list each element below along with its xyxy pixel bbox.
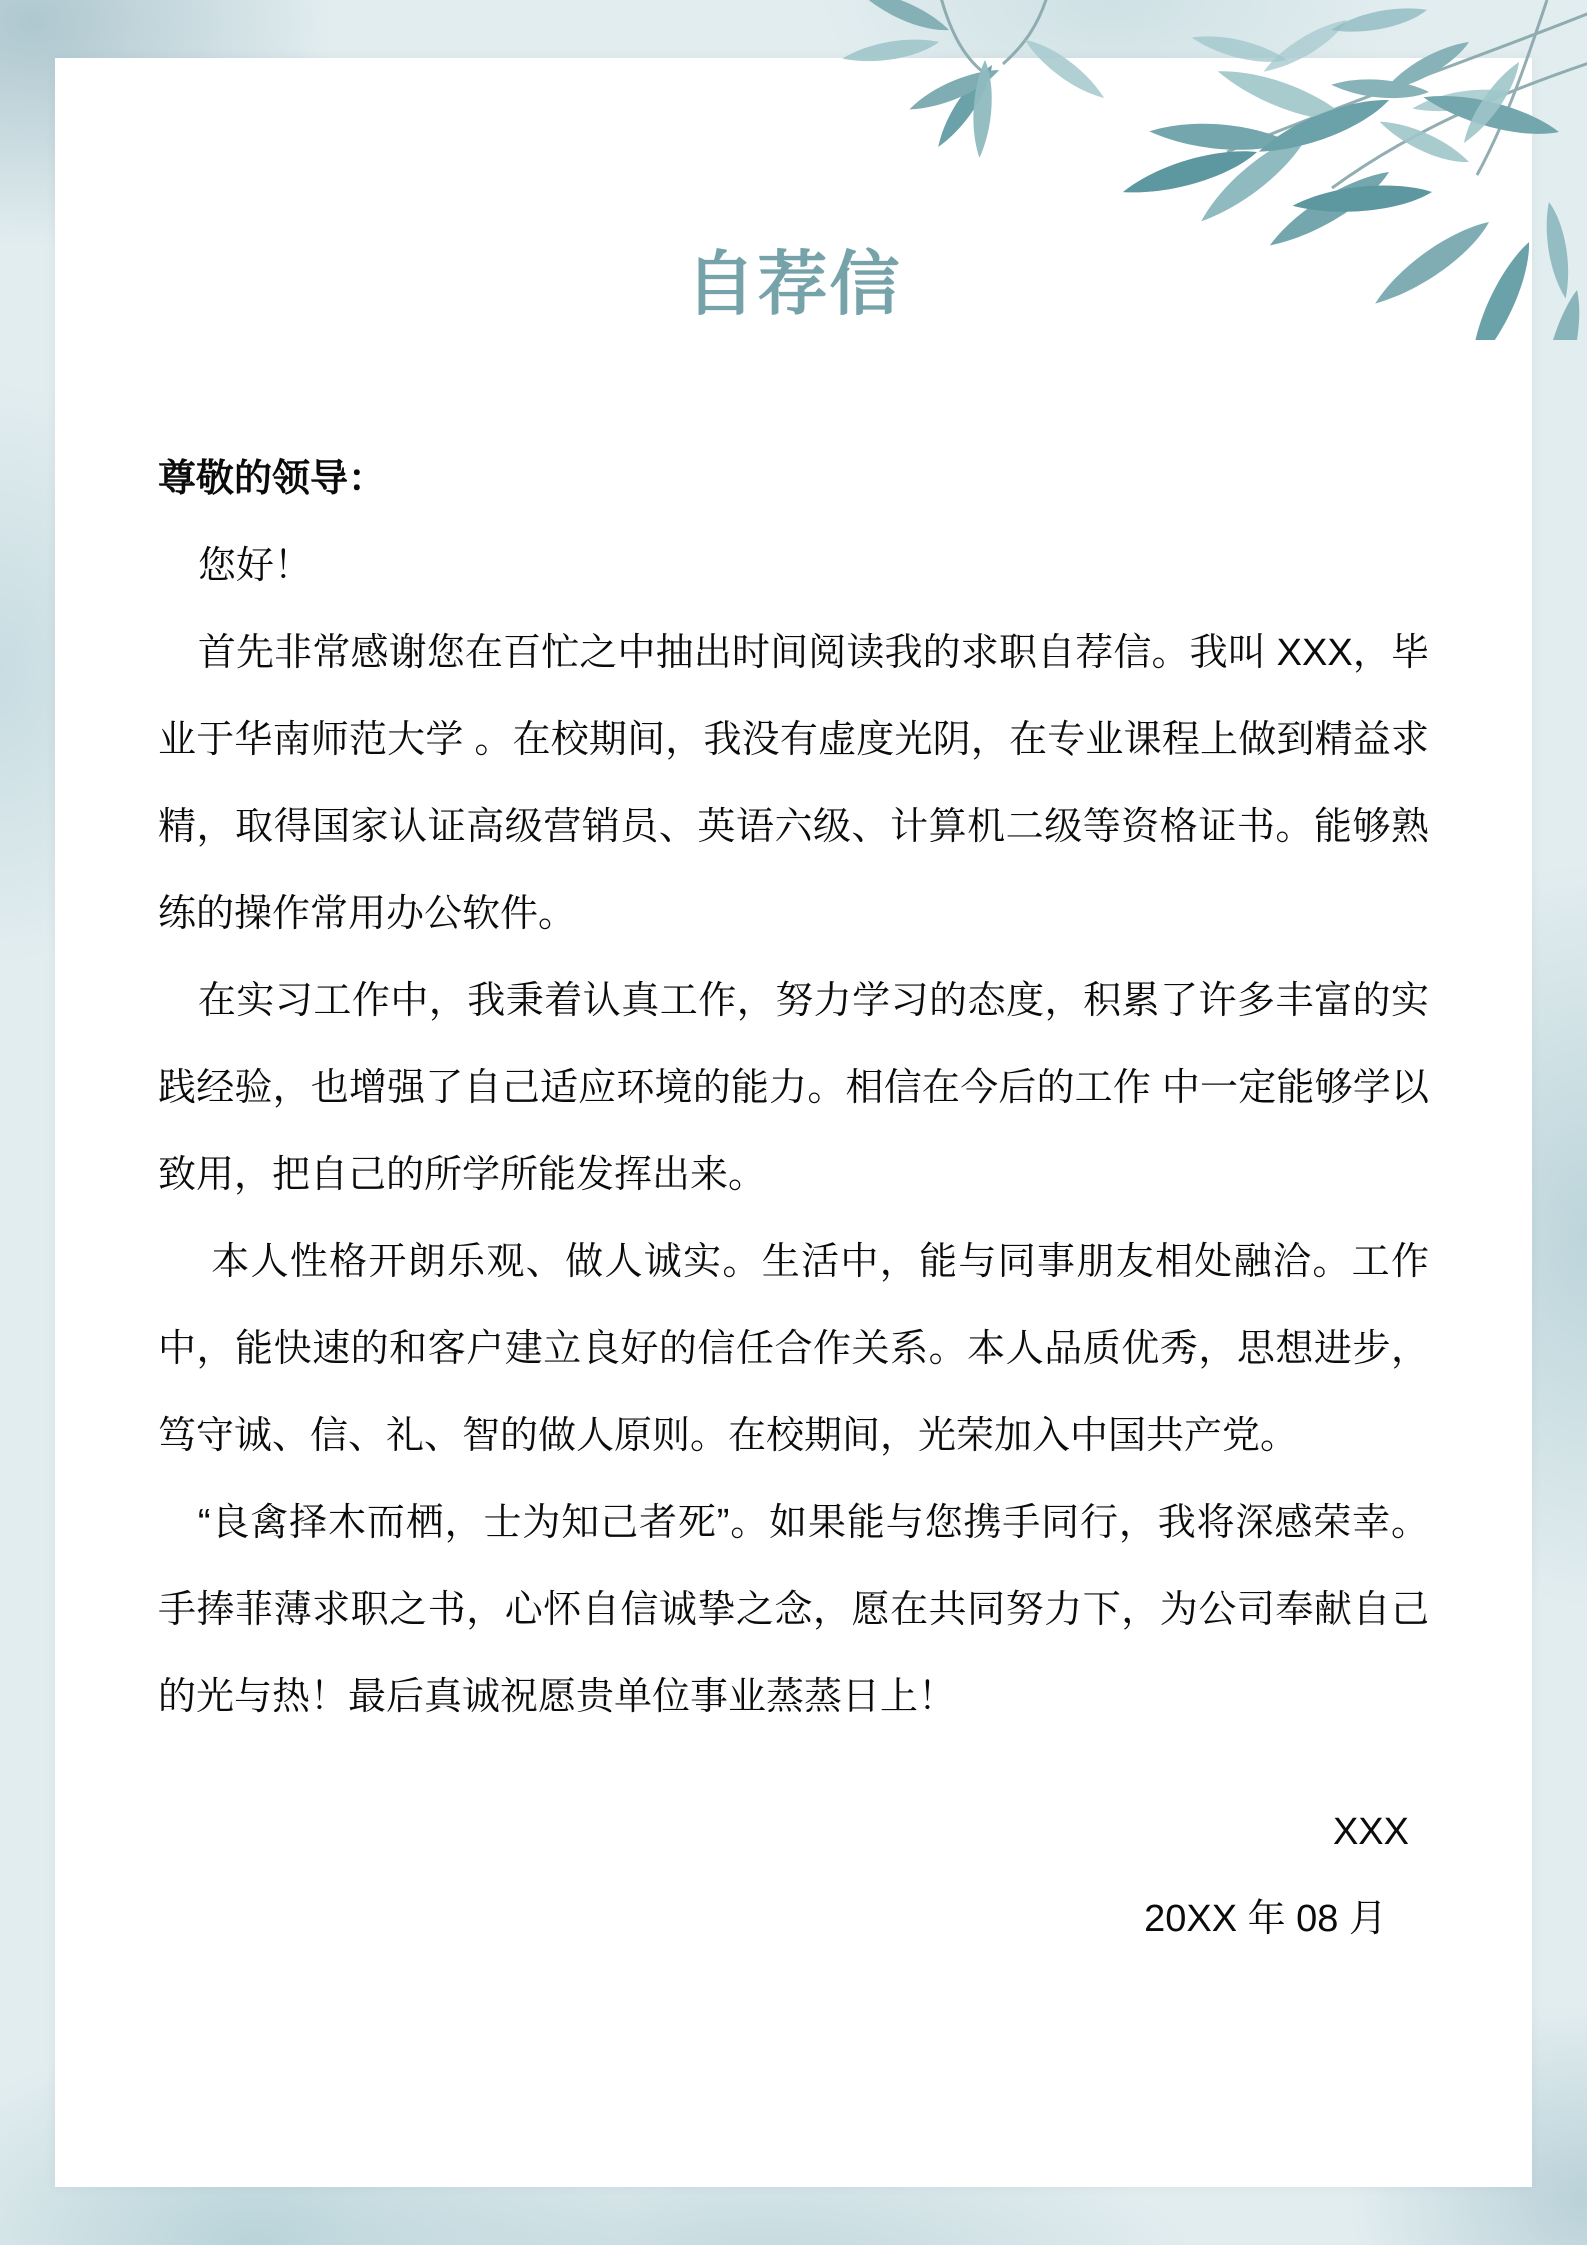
- signature-date: 20XX 年 08 月: [158, 1876, 1429, 1963]
- page: 自荐信 尊敬的领导： 您好！ 首先非常感谢您在百忙之中抽出时间阅读我的求职自荐信…: [0, 0, 1587, 2245]
- letter-body: 尊敬的领导： 您好！ 首先非常感谢您在百忙之中抽出时间阅读我的求职自荐信。我叫 …: [55, 436, 1532, 1963]
- greeting-line: 您好！: [158, 523, 1429, 610]
- salutation: 尊敬的领导：: [158, 436, 1429, 523]
- paragraph-intro: 首先非常感谢您在百忙之中抽出时间阅读我的求职自荐信。我叫 XXX，毕业于华南师范…: [158, 610, 1429, 958]
- paragraph-character: 本人性格开朗乐观、做人诚实。生活中，能与同事朋友相处融洽。工作中，能快速的和客户…: [158, 1219, 1429, 1480]
- signature-name: XXX: [158, 1789, 1429, 1876]
- letter-sheet: 自荐信 尊敬的领导： 您好！ 首先非常感谢您在百忙之中抽出时间阅读我的求职自荐信…: [55, 58, 1532, 2187]
- page-title: 自荐信: [55, 248, 1532, 320]
- paragraph-closing: “良禽择木而栖，士为知己者死”。如果能与您携手同行，我将深感荣幸。手捧菲薄求职之…: [158, 1480, 1429, 1741]
- paragraph-internship: 在实习工作中，我秉着认真工作，努力学习的态度，积累了许多丰富的实践经验，也增强了…: [158, 958, 1429, 1219]
